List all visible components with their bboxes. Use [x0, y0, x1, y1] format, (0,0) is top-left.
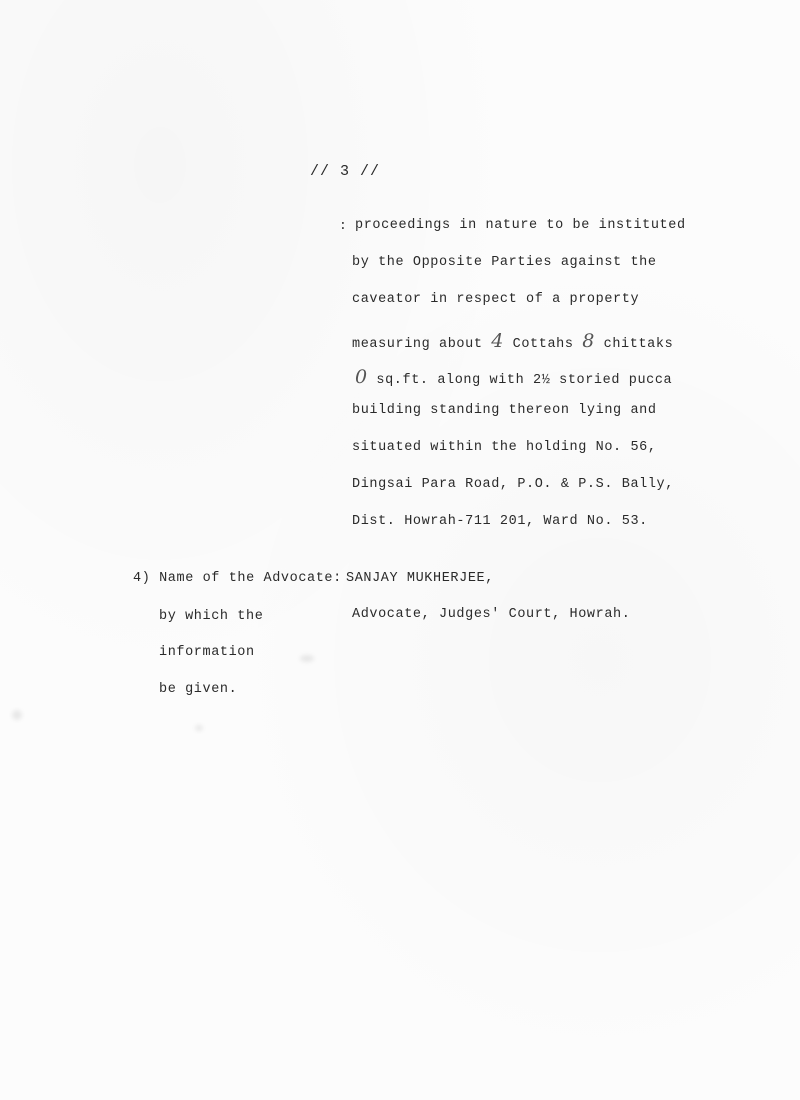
page-number: // 3 //	[310, 163, 380, 180]
scan-smudge	[12, 710, 22, 720]
item-4-label: 4) Name of the Advocate:	[133, 571, 342, 586]
document-page: // 3 // : proceedings in nature to be in…	[0, 0, 800, 1100]
item-4-label: by which the	[159, 609, 263, 624]
body-line: Dingsai Para Road, P.O. & P.S. Bally,	[352, 477, 674, 492]
handwritten-sqft-value: 0	[355, 366, 368, 388]
body-line: proceedings in nature to be instituted	[355, 218, 686, 233]
measurement-line: measuring about 4 Cottahs 8 chittaks	[352, 330, 673, 352]
chittaks-label: chittaks	[595, 337, 673, 352]
item-4-label: be given.	[159, 682, 237, 697]
cottahs-label: Cottahs	[504, 337, 582, 352]
body-line: caveator in respect of a property	[352, 292, 639, 307]
section-colon: :	[339, 218, 347, 233]
item-4-label: information	[159, 645, 255, 660]
advocate-name: SANJAY MUKHERJEE,	[346, 571, 494, 586]
sqft-text: sq.ft. along with 2½ storied pucca	[368, 373, 673, 388]
scan-smudge	[300, 655, 314, 662]
scan-smudge	[195, 725, 203, 731]
sqft-line: 0 sq.ft. along with 2½ storied pucca	[355, 366, 672, 388]
handwritten-cottahs-value: 4	[491, 330, 504, 352]
advocate-designation: Advocate, Judges' Court, Howrah.	[352, 607, 630, 622]
handwritten-chittaks-value: 8	[582, 330, 595, 352]
body-line: by the Opposite Parties against the	[352, 255, 657, 270]
body-line: building standing thereon lying and	[352, 403, 657, 418]
body-line: situated within the holding No. 56,	[352, 440, 657, 455]
body-line: Dist. Howrah-711 201, Ward No. 53.	[352, 514, 648, 529]
measurement-prefix: measuring about	[352, 337, 491, 352]
